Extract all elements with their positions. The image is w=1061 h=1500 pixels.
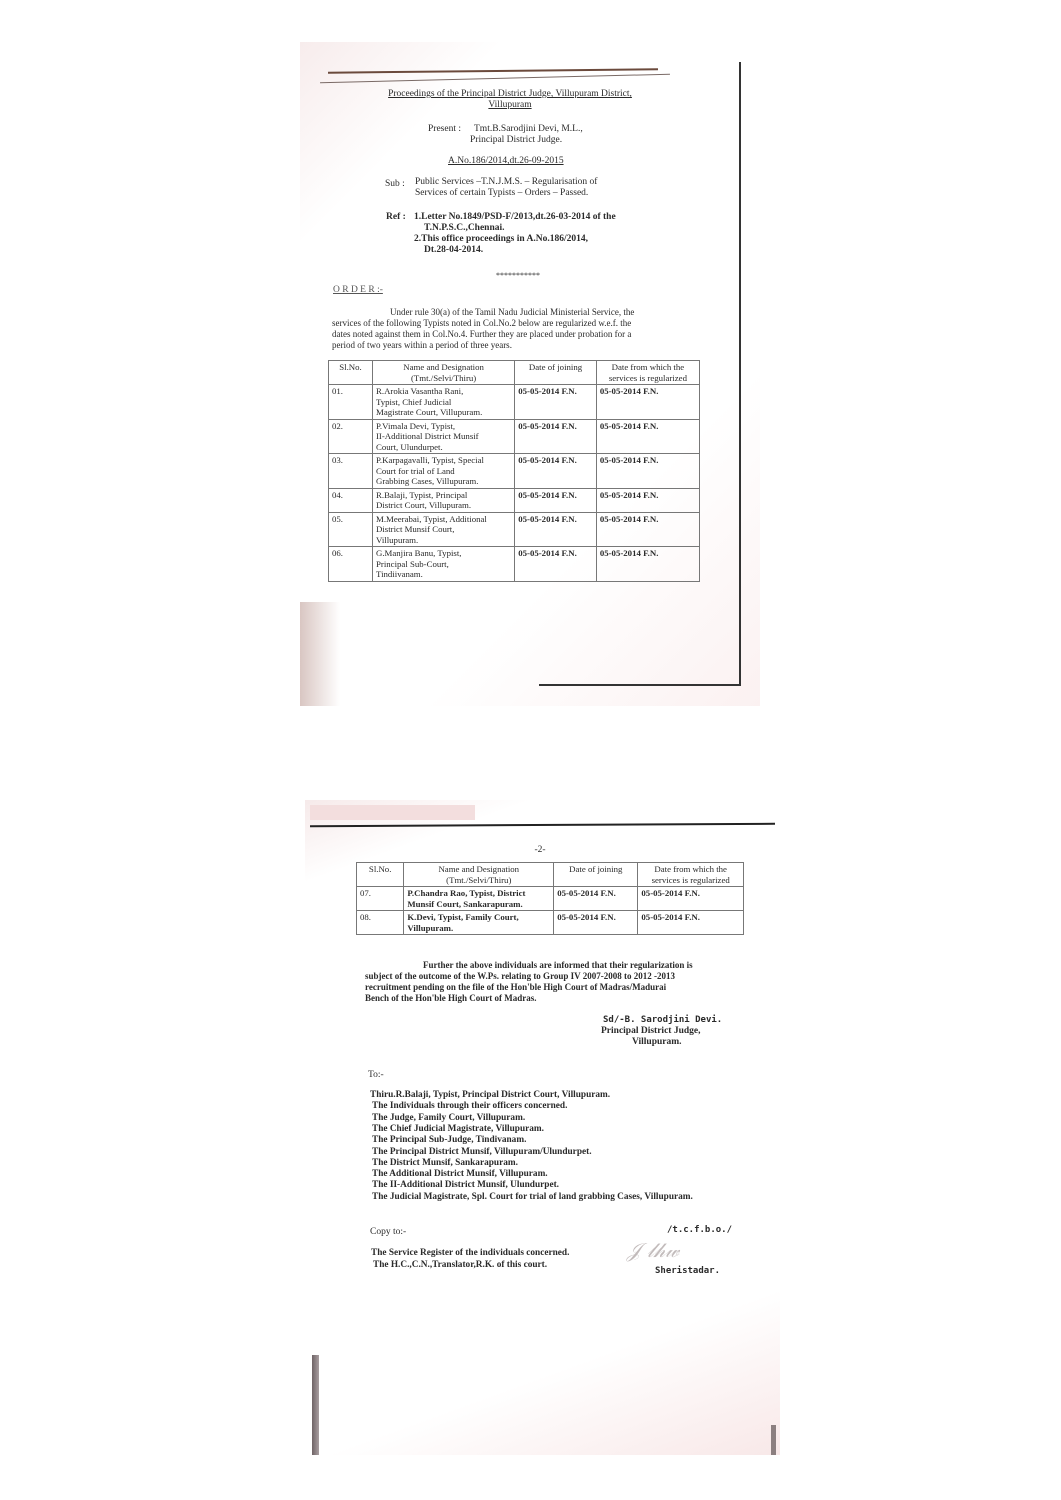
list-item: The District Munsif, Sankarapuram.	[372, 1158, 518, 1169]
table-row: 06. G.Manjira Banu, Typist,Principal Sub…	[329, 547, 700, 582]
typists-table-continued: Sl.No.Name and Designation(Tmt./Selvi/Th…	[356, 862, 744, 935]
ref-line: 1.Letter No.1849/PSD-F/2013,dt.26-03-201…	[414, 212, 616, 223]
signature-place: Villupuram.	[632, 1037, 682, 1048]
scan-edge-line	[310, 823, 775, 827]
serial-number-cell: 01.	[329, 385, 373, 420]
scan-edge	[771, 1425, 776, 1455]
ref-line: T.N.P.S.C.,Chennai.	[424, 223, 505, 234]
scan-edge-line	[320, 74, 670, 84]
table-row: 04. R.Balaji, Typist, PrincipalDistrict …	[329, 488, 700, 512]
serial-number-cell: 07.	[357, 887, 404, 911]
column-header: Name and Designation(Tmt./Selvi/Thiru)	[373, 361, 515, 385]
subject-label: Sub :	[385, 179, 405, 190]
table-header-row: Sl.No.Name and Designation(Tmt./Selvi/Th…	[357, 863, 744, 887]
present-designation: Principal District Judge.	[470, 135, 562, 146]
name-designation-cell: K.Devi, Typist, Family Court,Villupuram.	[404, 911, 554, 935]
list-item: The Principal Sub-Judge, Tindivanam.	[372, 1135, 526, 1146]
name-designation-cell: R.Balaji, Typist, PrincipalDistrict Cour…	[373, 488, 515, 512]
list-item: The Principal District Munsif, Villupura…	[372, 1147, 592, 1158]
column-header: Sl.No.	[329, 361, 373, 385]
name-designation-cell: P.Vimala Devi, Typist,II-Additional Dist…	[373, 419, 515, 454]
joining-date-cell: 05-05-2014 F.N.	[515, 547, 597, 582]
serial-number-cell: 06.	[329, 547, 373, 582]
table-row: 08. K.Devi, Typist, Family Court,Villupu…	[357, 911, 744, 935]
table-row: 05. M.Meerabai, Typist, AdditionalDistri…	[329, 512, 700, 547]
table-row: 07. P.Chandra Rao, Typist, DistrictMunsi…	[357, 887, 744, 911]
typists-table: Sl.No.Name and Designation(Tmt./Selvi/Th…	[328, 360, 700, 582]
order-paragraph: dates noted against them in Col.No.4. Fu…	[332, 329, 631, 340]
present-name: Tmt.B.Sarodjini Devi, M.L.,	[474, 124, 583, 135]
regularized-date-cell: 05-05-2014 F.N.	[596, 385, 699, 420]
order-paragraph: services of the following Typists noted …	[332, 318, 631, 329]
reference-number: A.No.186/2014,dt.26-09-2015	[448, 156, 564, 167]
column-header: Date from which theservices is regulariz…	[638, 863, 744, 887]
list-item: The Chief Judicial Magistrate, Villupura…	[372, 1124, 544, 1135]
order-heading: O R D E R :-	[333, 285, 383, 296]
name-designation-cell: R.Arokia Vasantha Rani,Typist, Chief Jud…	[373, 385, 515, 420]
scan-edge-line	[328, 68, 658, 73]
to-label: To:-	[368, 1070, 384, 1081]
regularized-date-cell: 05-05-2014 F.N.	[596, 547, 699, 582]
scan-shadow	[310, 805, 475, 820]
note-paragraph: recruitment pending on the file of the H…	[365, 982, 666, 993]
scan-border-right	[739, 62, 741, 686]
list-item: The Individuals through their officers c…	[372, 1101, 567, 1112]
joining-date-cell: 05-05-2014 F.N.	[515, 454, 597, 489]
copy-to-label: Copy to:-	[370, 1227, 406, 1238]
column-header: Sl.No.	[357, 863, 404, 887]
subject-line: Public Services –T.N.J.M.S. – Regularisa…	[415, 177, 597, 188]
order-paragraph: period of two years within a period of t…	[332, 340, 512, 351]
subject-line: Services of certain Typists – Orders – P…	[415, 188, 588, 199]
scanned-page-2: -2- Sl.No.Name and Designation(Tmt./Selv…	[305, 800, 780, 1455]
ref-line: 2.This office proceedings in A.No.186/20…	[414, 234, 588, 245]
note-paragraph: Further the above individuals are inform…	[423, 960, 693, 971]
table-header-row: Sl.No.Name and Designation(Tmt./Selvi/Th…	[329, 361, 700, 385]
scan-border-bottom	[539, 684, 741, 686]
list-item: The H.C.,C.N.,Translator,R.K. of this co…	[373, 1260, 547, 1271]
sheristadar-label: Sheristadar.	[655, 1266, 720, 1277]
table-row: 02. P.Vimala Devi, Typist,II-Additional …	[329, 419, 700, 454]
table-row: 01. R.Arokia Vasantha Rani,Typist, Chief…	[329, 385, 700, 420]
signature-designation: Principal District Judge,	[601, 1026, 700, 1037]
order-paragraph: Under rule 30(a) of the Tamil Nadu Judic…	[390, 307, 634, 318]
list-item: The II-Additional District Munsif, Ulund…	[372, 1180, 559, 1191]
scan-shadow	[300, 602, 340, 706]
signature-name: Sd/-B. Sarodjini Devi.	[603, 1015, 722, 1026]
joining-date-cell: 05-05-2014 F.N.	[515, 512, 597, 547]
regularized-date-cell: 05-05-2014 F.N.	[596, 419, 699, 454]
joining-date-cell: 05-05-2014 F.N.	[554, 911, 638, 935]
present-label: Present :	[428, 124, 461, 135]
joining-date-cell: 05-05-2014 F.N.	[515, 488, 597, 512]
scan-edge	[312, 1355, 319, 1455]
ref-line: Dt.28-04-2014.	[424, 245, 483, 256]
list-item: The Judge, Family Court, Villupuram.	[372, 1113, 525, 1124]
list-item: The Judicial Magistrate, Spl. Court for …	[372, 1192, 693, 1203]
serial-number-cell: 03.	[329, 454, 373, 489]
list-item: Thiru.R.Balaji, Typist, Principal Distri…	[370, 1090, 610, 1101]
serial-number-cell: 05.	[329, 512, 373, 547]
joining-date-cell: 05-05-2014 F.N.	[515, 385, 597, 420]
document-title-line2: Villupuram	[300, 100, 720, 111]
joining-date-cell: 05-05-2014 F.N.	[515, 419, 597, 454]
regularized-date-cell: 05-05-2014 F.N.	[638, 887, 744, 911]
serial-number-cell: 04.	[329, 488, 373, 512]
name-designation-cell: P.Chandra Rao, Typist, DistrictMunsif Co…	[404, 887, 554, 911]
name-designation-cell: M.Meerabai, Typist, AdditionalDistrict M…	[373, 512, 515, 547]
scanned-page-1: Proceedings of the Principal District Ju…	[300, 42, 760, 706]
column-header: Date from which theservices is regulariz…	[596, 361, 699, 385]
table-row: 03. P.Karpagavalli, Typist, SpecialCourt…	[329, 454, 700, 489]
joining-date-cell: 05-05-2014 F.N.	[554, 887, 638, 911]
column-header: Date of joining	[554, 863, 638, 887]
note-paragraph: Bench of the Hon'ble High Court of Madra…	[365, 993, 537, 1004]
regularized-date-cell: 05-05-2014 F.N.	[638, 911, 744, 935]
page-number: -2-	[305, 845, 775, 856]
list-item: The Service Register of the individuals …	[371, 1248, 569, 1259]
ref-label: Ref :	[386, 212, 406, 223]
name-designation-cell: P.Karpagavalli, Typist, SpecialCourt for…	[373, 454, 515, 489]
separator-stars: ***********	[496, 270, 540, 281]
column-header: Name and Designation(Tmt./Selvi/Thiru)	[404, 863, 554, 887]
regularized-date-cell: 05-05-2014 F.N.	[596, 512, 699, 547]
serial-number-cell: 02.	[329, 419, 373, 454]
column-header: Date of joining	[515, 361, 597, 385]
handwritten-signature: 𝒥 𝓁𝒽𝓌	[627, 1238, 679, 1262]
regularized-date-cell: 05-05-2014 F.N.	[596, 454, 699, 489]
list-item: The Additional District Munsif, Villupur…	[372, 1169, 548, 1180]
regularized-date-cell: 05-05-2014 F.N.	[596, 488, 699, 512]
name-designation-cell: G.Manjira Banu, Typist,Principal Sub-Cou…	[373, 547, 515, 582]
serial-number-cell: 08.	[357, 911, 404, 935]
tcfbo-mark: /t.c.f.b.o./	[667, 1225, 732, 1236]
document-title: Proceedings of the Principal District Ju…	[300, 89, 720, 100]
note-paragraph: subject of the outcome of the W.Ps. rela…	[365, 971, 675, 982]
